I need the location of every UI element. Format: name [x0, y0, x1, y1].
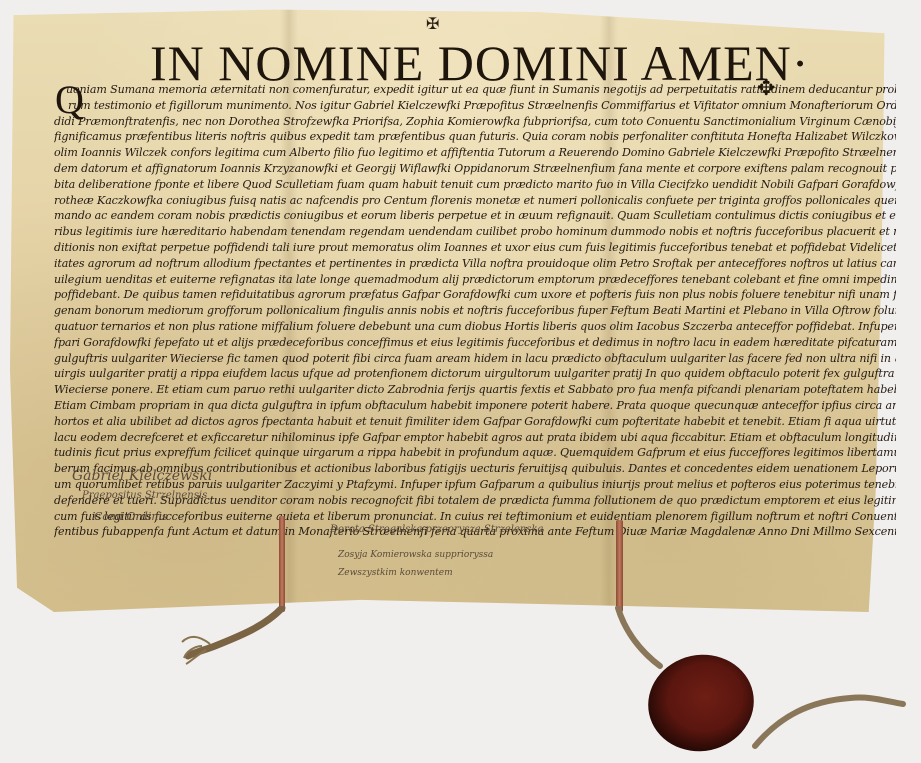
signature-line: Zewszystkim konwentem: [338, 568, 453, 578]
left-seal-cord-tassel: [180, 606, 290, 666]
text-line: tudinis ficut prius expreffum fcilicet q…: [54, 445, 896, 461]
cross-icon: ✠: [426, 14, 439, 33]
text-line: rum testimonio et figillorum munimento. …: [54, 98, 896, 114]
text-line: didi Præmonftratenfis, nec non Dorothea …: [54, 114, 896, 130]
text-line: cum fuis legitimis fucceforibus euiterne…: [54, 509, 896, 525]
text-line: ribus legitimis iure hæreditario habenda…: [54, 224, 896, 240]
text-line: gulguftris uulgariter Wiecierse fic tame…: [54, 351, 896, 367]
text-line: Etiam Cimbam propriam in qua dicta gulgu…: [54, 398, 896, 414]
signature-line: Gabriel Kielczewski: [72, 468, 212, 484]
text-line: quatuor ternarios et non plus ratione mi…: [54, 319, 896, 335]
text-line: bita deliberatione fponte et libere Quod…: [54, 177, 896, 193]
signature-line: Comi Ordinis: [94, 510, 168, 523]
right-seal-cord: [616, 520, 623, 612]
text-line: dem datorum et affignatorum Ioannis Krzy…: [54, 161, 896, 177]
text-line: lacu eodem decrefceret et exficcaretur n…: [54, 430, 896, 446]
text-line: ditionis non exiftat perpetue poffidendi…: [54, 240, 896, 256]
signature-line: Zosyja Komierowska supprioryssa: [338, 550, 493, 560]
text-line: itates agrorum ad noftrum allodium fpect…: [54, 256, 896, 272]
left-seal-cord: [279, 516, 285, 612]
text-line: fpari Gorafdowfki fepefato ut et alijs p…: [54, 335, 896, 351]
text-line: mando ac eandem coram nobis prædictis co…: [54, 208, 896, 224]
text-line: uilegium uenditas et euiterne refignatas…: [54, 272, 896, 288]
signature-line: Dorota Strogalska przeorysza Strzelenska: [330, 524, 543, 535]
text-line: uirgis uulgariter pratij a rippa eiufdem…: [54, 366, 896, 382]
text-line: hortos et alia ubilibet ad dictos agros …: [54, 414, 896, 430]
text-line: fignificamus præfentibus literis noftris…: [54, 129, 896, 145]
text-line: olim Ioannis Wilczek confors legitima cu…: [54, 145, 896, 161]
signature-line: Praepositus Strzelnensis: [82, 490, 207, 501]
document-heading: IN NOMINE DOMINI AMEN·: [150, 38, 790, 88]
text-line: Wiecierse ponere. Et etiam cum paruo ret…: [54, 382, 896, 398]
text-line: genam bonorum mediorum grofforum polloni…: [54, 303, 896, 319]
text-line: uoniam Sumana memoria æternitati non com…: [54, 82, 896, 98]
text-line: poffidebant. De quibus tamen refiduitati…: [54, 287, 896, 303]
text-line: rotheæ Kaczkowfka coniugibus fuisq natis…: [54, 193, 896, 209]
